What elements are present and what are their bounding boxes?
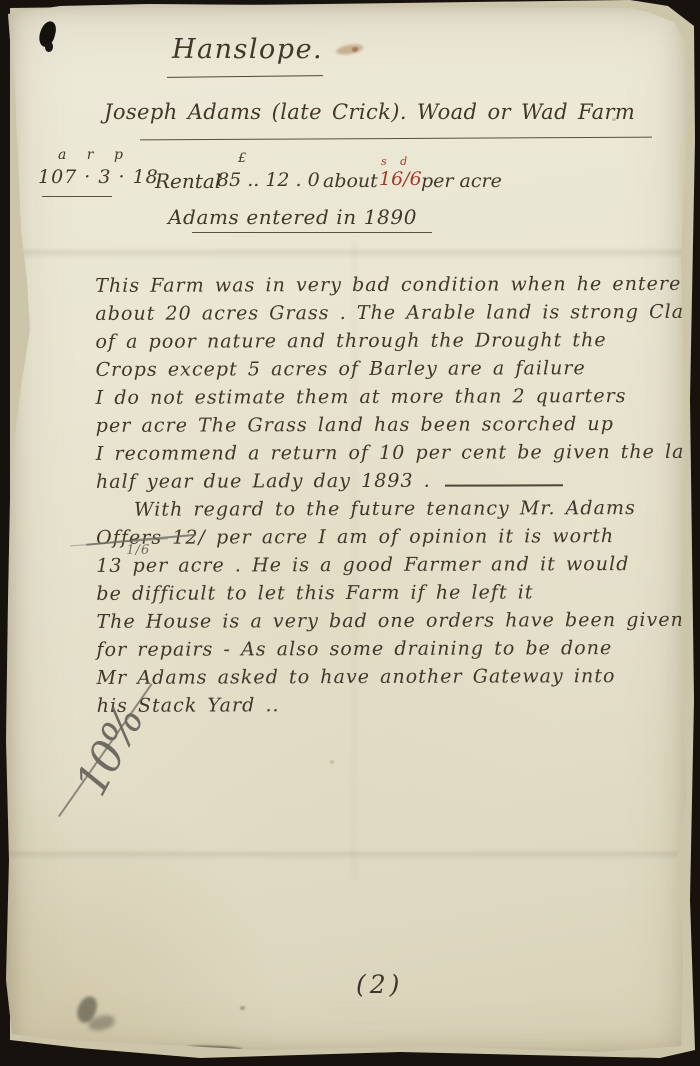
rental-amount: 85 .. 12 . 0 bbox=[217, 169, 320, 191]
manuscript-paper: Hanslope. Joseph Adams (late Crick). Woa… bbox=[0, 0, 700, 1066]
paper-speck bbox=[330, 760, 334, 764]
shillings-pence-superscript: s d bbox=[381, 155, 412, 168]
rule-dash bbox=[445, 471, 563, 486]
fold-crease-lower bbox=[0, 852, 700, 862]
body-line: 13 per acre . He is a good Farmer and it… bbox=[96, 553, 700, 583]
body-line: of a poor nature and through the Drought… bbox=[95, 329, 699, 359]
tenant-heading: Joseph Adams (late Crick). Woad or Wad F… bbox=[104, 100, 635, 124]
body-line: I recommend a return of 10 per cent be g… bbox=[96, 441, 700, 471]
body-line: be difficult to let this Farm if he left… bbox=[96, 581, 700, 611]
body-line: per acre The Grass land has been scorche… bbox=[96, 413, 700, 443]
body-line: With regard to the future tenancy Mr. Ad… bbox=[134, 497, 700, 527]
body-line: for repairs - As also some draining to b… bbox=[96, 637, 700, 667]
body-line: Crops except 5 acres of Barley are a fai… bbox=[96, 357, 700, 387]
body-line: Mr Adams asked to have another Gateway i… bbox=[97, 665, 700, 695]
document-page: { "background_color": "#17120e", "paper_… bbox=[0, 0, 700, 1066]
body-line: I do not estimate them at more than 2 qu… bbox=[96, 385, 700, 415]
fold-crease-upper bbox=[0, 250, 700, 260]
acreage-underline bbox=[42, 196, 112, 197]
ink-stain-dot bbox=[352, 47, 358, 52]
paper-speck bbox=[240, 1006, 245, 1010]
entered-underline bbox=[192, 232, 432, 233]
entered-line: Adams entered in 1890 bbox=[168, 205, 417, 229]
rental-label: Rental bbox=[155, 169, 221, 193]
page-number: (2) bbox=[356, 970, 403, 999]
body-line: Offers1/6 12/ per acre I am of opinion i… bbox=[96, 525, 700, 555]
body-line: This Farm was in very bad condition when… bbox=[95, 273, 699, 303]
page-title: Hanslope. bbox=[172, 34, 323, 65]
body-line: The House is a very bad one orders have … bbox=[96, 609, 700, 639]
body-line: half year due Lady day 1893 . bbox=[96, 469, 700, 499]
paper-hole-small bbox=[45, 42, 53, 52]
about-word: about bbox=[323, 170, 378, 192]
rate-per-acre-red: 16/6 bbox=[379, 168, 422, 190]
body-line: his Stack Yard .. bbox=[97, 693, 700, 723]
body-line: about 20 acres Grass . The Arable land i… bbox=[95, 301, 699, 331]
acreage-column-header: a r p bbox=[58, 147, 123, 163]
pound-symbol: £ bbox=[238, 151, 246, 166]
rate-suffix: per acre bbox=[421, 170, 502, 192]
acreage-value: 107 · 3 · 18 bbox=[38, 166, 159, 188]
body-lines: This Farm was in very bad condition when… bbox=[0, 273, 700, 723]
